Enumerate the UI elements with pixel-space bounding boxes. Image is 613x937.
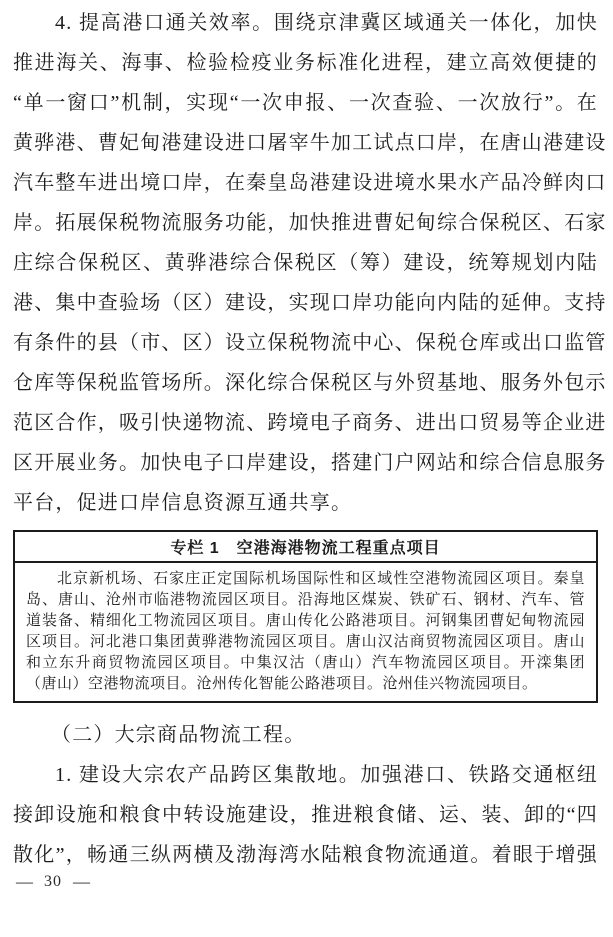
callout-box-header: 专栏 1 空港海港物流工程重点项目: [15, 532, 596, 563]
body-line: 庄综合保税区、黄骅港综合保税区（筹）建设，统筹规划内陆: [13, 243, 598, 283]
body-line: 岸。拓展保税物流服务功能，加快推进曹妃甸综合保税区、石家: [13, 203, 598, 243]
body-paragraph-1: 4. 提高港口通关效率。围绕京津冀区域通关一体化，加快 推进海关、海事、检验检疫…: [13, 3, 598, 523]
page-footer: — 30 —: [16, 872, 90, 892]
body-line: 汽车整车进出境口岸，在秦皇岛港建设进境水果水产品冷鲜肉口: [13, 163, 598, 203]
body-line: 推进海关、海事、检验检疫业务标准化进程，建立高效便捷的: [13, 43, 598, 83]
callout-line: 道装备、精细化工物流园区项目。唐山传化公路港项目。河钢集团曹妃甸物流园: [26, 611, 585, 632]
body-line: 区开展业务。加快电子口岸建设，搭建门户网站和综合信息服务: [13, 443, 598, 483]
body-line: “单一窗口”机制，实现“一次申报、一次查验、一次放行”。在: [13, 83, 598, 123]
body-paragraph-2: 1. 建设大宗农产品跨区集散地。加强港口、铁路交通枢纽 接卸设施和粮食中转设施建…: [13, 755, 598, 875]
callout-box: 专栏 1 空港海港物流工程重点项目 北京新机场、石家庄正定国际机场国际性和区域性…: [13, 530, 598, 703]
body-line: 港、集中查验场（区）建设，实现口岸功能向内陆的延伸。支持: [13, 283, 598, 323]
callout-box-content: 北京新机场、石家庄正定国际机场国际性和区域性空港物流园区项目。秦皇 岛、唐山、沧…: [15, 563, 596, 695]
body-line: 散化”，畅通三纵两横及渤海湾水陆粮食物流通道。着眼于增强: [13, 835, 598, 875]
body-line: 4. 提高港口通关效率。围绕京津冀区域通关一体化，加快: [13, 3, 598, 43]
callout-line: 和立东升商贸物流园区项目。中集汉沽（唐山）汽车物流园区项目。开滦集团: [26, 653, 585, 674]
footer-dash-right: —: [73, 872, 90, 892]
body-line: 范区合作，吸引快递物流、跨境电子商务、进出口贸易等企业进: [13, 403, 598, 443]
body-line: 黄骅港、曹妃甸港建设进口屠宰牛加工试点口岸，在唐山港建设: [13, 123, 598, 163]
callout-line: 岛、唐山、沧州市临港物流园区项目。沿海地区煤炭、铁矿石、钢材、汽车、管: [26, 590, 585, 611]
body-line: 1. 建设大宗农产品跨区集散地。加强港口、铁路交通枢纽: [13, 755, 598, 795]
footer-dash-left: —: [16, 872, 33, 892]
section-heading: （二）大宗商品物流工程。: [13, 715, 598, 755]
document-page: 4. 提高港口通关效率。围绕京津冀区域通关一体化，加快 推进海关、海事、检验检疫…: [0, 0, 613, 937]
callout-line: （唐山）空港物流项目。沧州传化智能公路港项目。沧州佳兴物流园项目。: [26, 674, 585, 695]
body-line: 接卸设施和粮食中转设施建设，推进粮食储、运、装、卸的“四: [13, 795, 598, 835]
page-number: 30: [44, 873, 62, 891]
body-line: 平台，促进口岸信息资源互通共享。: [13, 483, 598, 523]
body-line: 有条件的县（市、区）设立保税物流中心、保税仓库或出口监管: [13, 323, 598, 363]
callout-box-title: 专栏 1 空港海港物流工程重点项目: [170, 535, 440, 558]
callout-line: 北京新机场、石家庄正定国际机场国际性和区域性空港物流园区项目。秦皇: [26, 569, 585, 590]
body-line: 仓库等保税监管场所。深化综合保税区与外贸基地、服务外包示: [13, 363, 598, 403]
callout-line: 区项目。河北港口集团黄骅港物流园区项目。唐山汉沽商贸物流园区项目。唐山: [26, 632, 585, 653]
